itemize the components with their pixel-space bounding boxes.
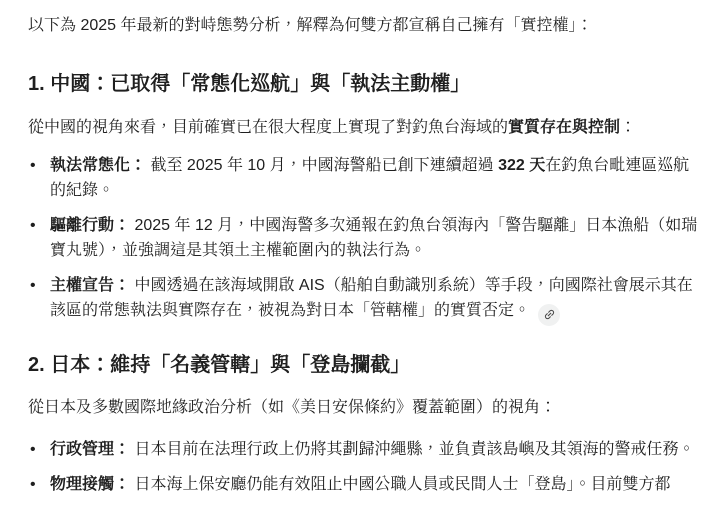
link-icon — [540, 305, 558, 323]
lead-text-post: ： — [620, 119, 636, 136]
list-item: 執法常態化： 截至 2025 年 10 月，中國海警船已創下連續超過 322 天… — [50, 153, 700, 203]
lead-text: 從中國的視角來看，目前確實已在很大程度上實現了對釣魚台海域的 — [28, 119, 508, 136]
bullet-bold-text: 322 天 — [498, 157, 545, 174]
bullet-label: 驅離行動： — [50, 217, 130, 234]
section-1-heading: 1. 中國：已取得「常態化巡航」與「執法主動權」 — [28, 70, 700, 98]
section-1-bullet-list: 執法常態化： 截至 2025 年 10 月，中國海警船已創下連續超過 322 天… — [28, 153, 700, 326]
lead-bold-text: 實質存在與控制 — [508, 119, 620, 136]
bullet-text: 截至 2025 年 10 月，中國海警船已創下連續超過 — [150, 157, 498, 174]
bullet-text: 中國透過在該海域開啟 AIS（船舶自動識別系統）等手段，向國際社會展示其在該區的… — [50, 277, 693, 319]
bullet-text: 日本海上保安廳仍能有效阻止中國公職人員或民間人士「登島」。目前雙方都 — [134, 476, 670, 493]
bullet-text: 日本目前在法理行政上仍將其劃歸沖繩縣，並負責該島嶼及其領海的警戒任務。 — [134, 441, 694, 458]
citation-link-chip[interactable] — [538, 304, 560, 326]
bullet-label: 物理接觸： — [50, 476, 130, 493]
section-2-bullet-list: 行政管理： 日本目前在法理行政上仍將其劃歸沖繩縣，並負責該島嶼及其領海的警戒任務… — [28, 437, 700, 497]
document-body: 以下為 2025 年最新的對峙態勢分析，解釋為何雙方都宣稱自己擁有「實控權」： … — [0, 0, 727, 497]
section-2-heading: 2. 日本：維持「名義管轄」與「登島攔截」 — [28, 351, 700, 379]
section-2-lead: 從日本及多數國際地緣政治分析（如《美日安保條約》覆蓋範圍）的視角： — [28, 395, 700, 420]
bullet-label: 主權宣告： — [50, 277, 130, 294]
list-item: 行政管理： 日本目前在法理行政上仍將其劃歸沖繩縣，並負責該島嶼及其領海的警戒任務… — [50, 437, 700, 462]
list-item: 驅離行動： 2025 年 12 月，中國海警多次通報在釣魚台領海內「警告驅離」日… — [50, 213, 700, 263]
intro-paragraph: 以下為 2025 年最新的對峙態勢分析，解釋為何雙方都宣稱自己擁有「實控權」： — [28, 13, 700, 38]
lead-text: 從日本及多數國際地緣政治分析（如《美日安保條約》覆蓋範圍）的視角： — [28, 399, 556, 416]
list-item: 物理接觸： 日本海上保安廳仍能有效阻止中國公職人員或民間人士「登島」。目前雙方都 — [50, 472, 700, 497]
section-1-lead: 從中國的視角來看，目前確實已在很大程度上實現了對釣魚台海域的實質存在與控制： — [28, 115, 700, 140]
list-item: 主權宣告： 中國透過在該海域開啟 AIS（船舶自動識別系統）等手段，向國際社會展… — [50, 273, 700, 326]
bullet-label: 行政管理： — [50, 441, 130, 458]
bullet-text: 2025 年 12 月，中國海警多次通報在釣魚台領海內「警告驅離」日本漁船（如瑞… — [50, 217, 697, 259]
bullet-label: 執法常態化： — [50, 157, 146, 174]
